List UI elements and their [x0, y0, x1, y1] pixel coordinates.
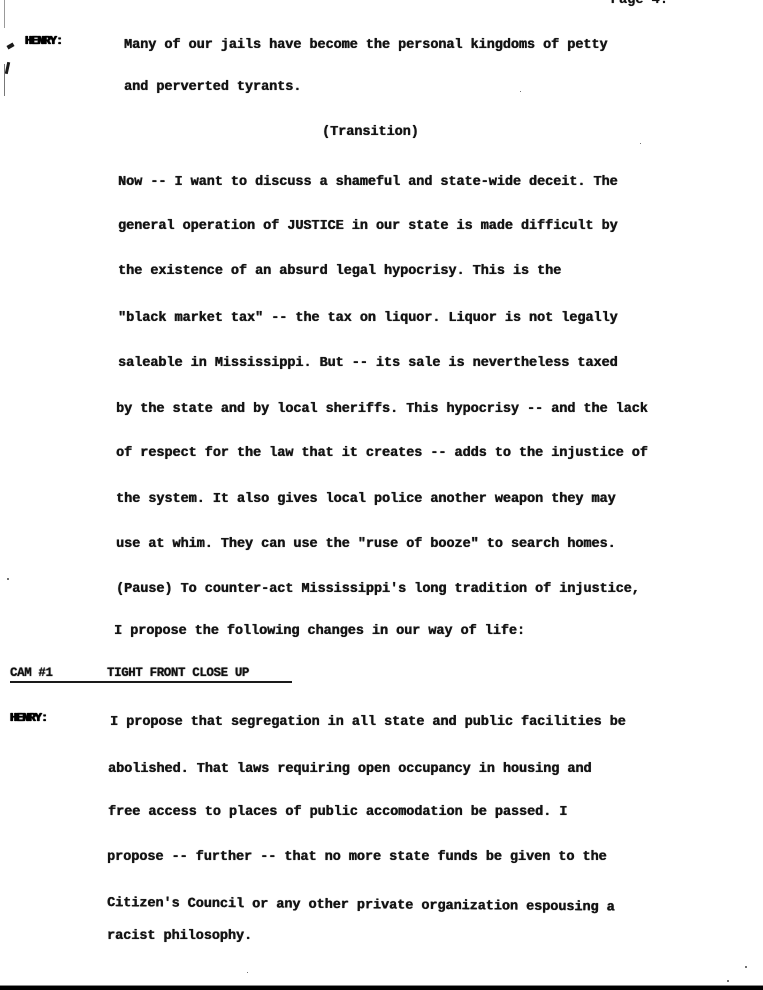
camera-direction: CAM #1TIGHT FRONT CLOSE UP [10, 666, 249, 680]
camera-shot: TIGHT FRONT CLOSE UP [107, 666, 249, 680]
scan-speck [640, 143, 641, 144]
transition-direction: (Transition) [322, 125, 419, 141]
scan-speck [247, 972, 248, 973]
camera-number: CAM #1 [10, 666, 107, 680]
page-number: Page 4. [611, 0, 668, 8]
scan-speck [520, 91, 521, 92]
dialogue-line: abolished. That laws requiring open occu… [108, 762, 591, 778]
dialogue-line: propose -- further -- that no more state… [107, 850, 607, 866]
dialogue-line: I propose that segregation in all state … [110, 715, 626, 731]
margin-rule [4, 64, 5, 96]
scan-speck [7, 578, 9, 580]
body-line: (Pause) To counter-act Mississippi's lon… [116, 582, 640, 598]
body-line: by the state and by local sheriffs. This… [116, 402, 648, 418]
margin-rule-top [4, 0, 5, 28]
scan-speck [745, 966, 747, 968]
scan-bottom-edge [0, 986, 763, 990]
body-line: "black market tax" -- the tax on liquor.… [118, 311, 618, 327]
document-page: Page 4. HENRY: Many of our jails have be… [0, 0, 763, 990]
body-line: use at whim. They can use the "ruse of b… [116, 537, 616, 553]
scan-speck [727, 980, 729, 982]
body-line: saleable in Mississippi. But -- its sale… [118, 356, 618, 372]
margin-mark-slash [5, 62, 10, 74]
body-line: the system. It also gives local police a… [116, 492, 616, 508]
dialogue-line: Citizen's Council or any other private o… [107, 896, 615, 916]
body-line: I propose the following changes in our w… [114, 624, 525, 640]
body-line: the existence of an absurd legal hypocri… [118, 264, 561, 280]
margin-mark-arrow [6, 43, 14, 50]
speaker-label: HENRY: [10, 711, 47, 725]
body-line: Now -- I want to discuss a shameful and … [118, 175, 618, 191]
dialogue-line: Many of our jails have become the person… [124, 38, 607, 54]
dialogue-line: free access to places of public accomoda… [108, 805, 567, 821]
body-line: of respect for the law that it creates -… [116, 446, 648, 462]
dialogue-line: racist philosophy. [107, 929, 252, 945]
camera-direction-underline [10, 681, 292, 683]
dialogue-line: and perverted tyrants. [124, 80, 301, 96]
body-line: general operation of JUSTICE in our stat… [118, 219, 618, 235]
speaker-label: HENRY: [25, 34, 62, 48]
